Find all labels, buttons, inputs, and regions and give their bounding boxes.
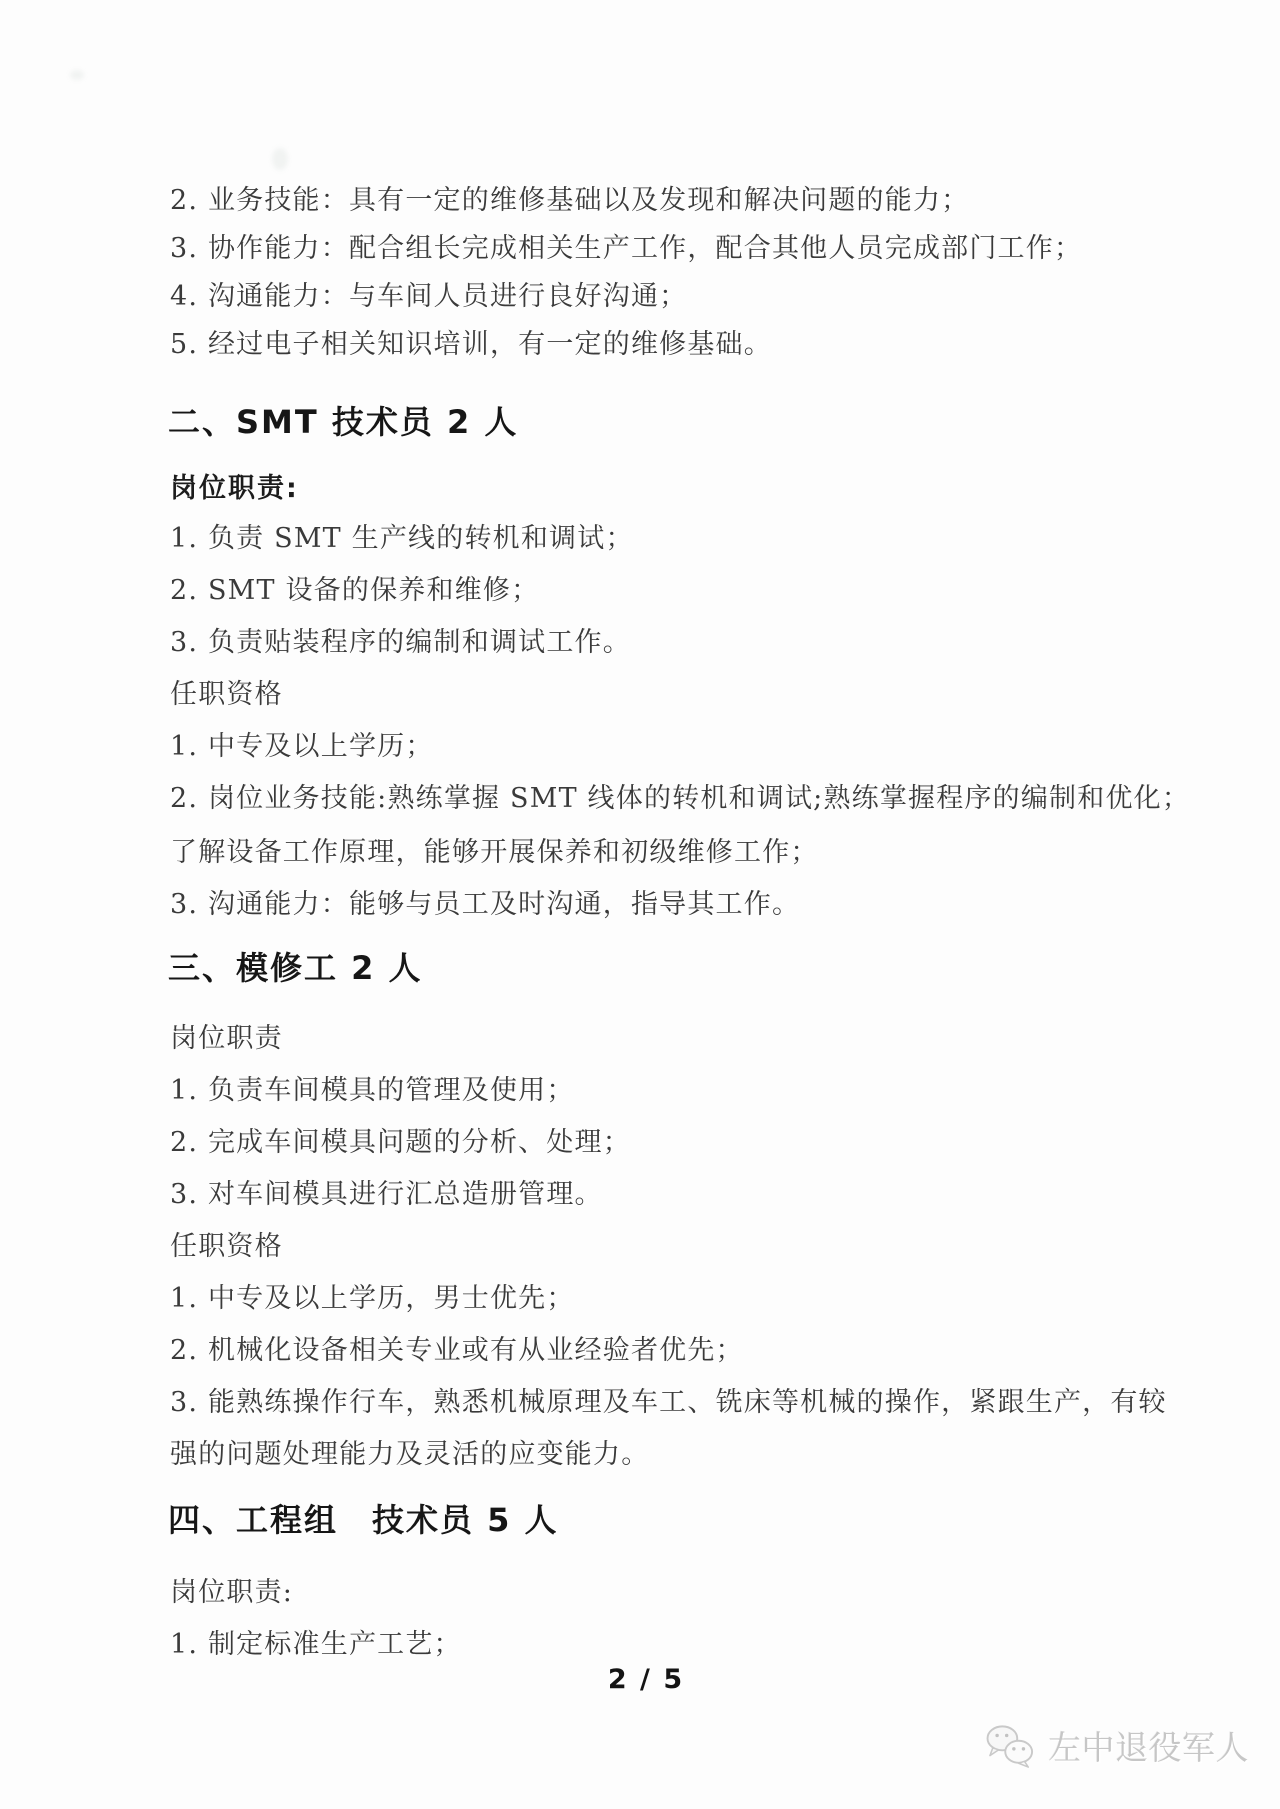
qualification-line: 1. 中专及以上学历；: [170, 730, 1160, 763]
duty-line: 2. 完成车间模具问题的分析、处理；: [170, 1126, 1160, 1159]
intro-line: 3. 协作能力：配合组长完成相关生产工作，配合其他人员完成部门工作；: [170, 232, 1160, 265]
watermark: 左中退役军人: [982, 1722, 1249, 1769]
qualifications-label-mold: 任职资格: [170, 1230, 1160, 1263]
section-heading-mold: 三、模修工 2 人: [168, 950, 1068, 986]
section-heading-eng: 四、工程组 技术员 5 人: [168, 1502, 1068, 1538]
duty-line: 2. SMT 设备的保养和维修；: [170, 574, 1160, 607]
scan-artifact: [70, 70, 84, 80]
duty-line: 3. 负责贴装程序的编制和调试工作。: [170, 626, 1160, 659]
duties-label-smt: 岗位职责:: [170, 472, 1160, 505]
duties-label-mold: 岗位职责: [170, 1022, 1160, 1055]
qualification-line: 2. 机械化设备相关专业或有从业经验者优先；: [170, 1334, 1160, 1367]
qualification-line: 2. 岗位业务技能:熟练掌握 SMT 线体的转机和调试;熟练掌握程序的编制和优化…: [170, 782, 1160, 815]
qualification-line: 1. 中专及以上学历，男士优先；: [170, 1282, 1160, 1315]
section-heading-smt: 二、SMT 技术员 2 人: [168, 404, 1068, 440]
duty-line: 1. 负责车间模具的管理及使用；: [170, 1074, 1160, 1107]
intro-line: 5. 经过电子相关知识培训，有一定的维修基础。: [170, 328, 1160, 361]
document-page: 2. 业务技能：具有一定的维修基础以及发现和解决问题的能力； 3. 协作能力：配…: [0, 0, 1280, 1809]
intro-line: 4. 沟通能力：与车间人员进行良好沟通；: [170, 280, 1160, 313]
watermark-text: 左中退役军人: [1048, 1722, 1249, 1769]
qualification-line: 3. 能熟练操作行车，熟悉机械原理及车工、铣床等机械的操作，紧跟生产，有较: [170, 1386, 1160, 1419]
qualifications-label-smt: 任职资格: [170, 678, 1160, 711]
page-number: 2 / 5: [566, 1664, 726, 1695]
qualification-line: 了解设备工作原理，能够开展保养和初级维修工作；: [170, 836, 1160, 869]
intro-line: 2. 业务技能：具有一定的维修基础以及发现和解决问题的能力；: [170, 184, 1160, 217]
duty-line: 1. 制定标准生产工艺；: [170, 1628, 1160, 1661]
duty-line: 1. 负责 SMT 生产线的转机和调试；: [170, 522, 1160, 555]
duty-line: 3. 对车间模具进行汇总造册管理。: [170, 1178, 1160, 1211]
qualification-line: 3. 沟通能力：能够与员工及时沟通，指导其工作。: [170, 888, 1160, 921]
wechat-icon: [982, 1723, 1040, 1769]
duties-label-eng: 岗位职责:: [170, 1576, 1160, 1609]
qualification-line: 强的问题处理能力及灵活的应变能力。: [170, 1438, 1160, 1471]
scan-artifact: [272, 148, 288, 170]
